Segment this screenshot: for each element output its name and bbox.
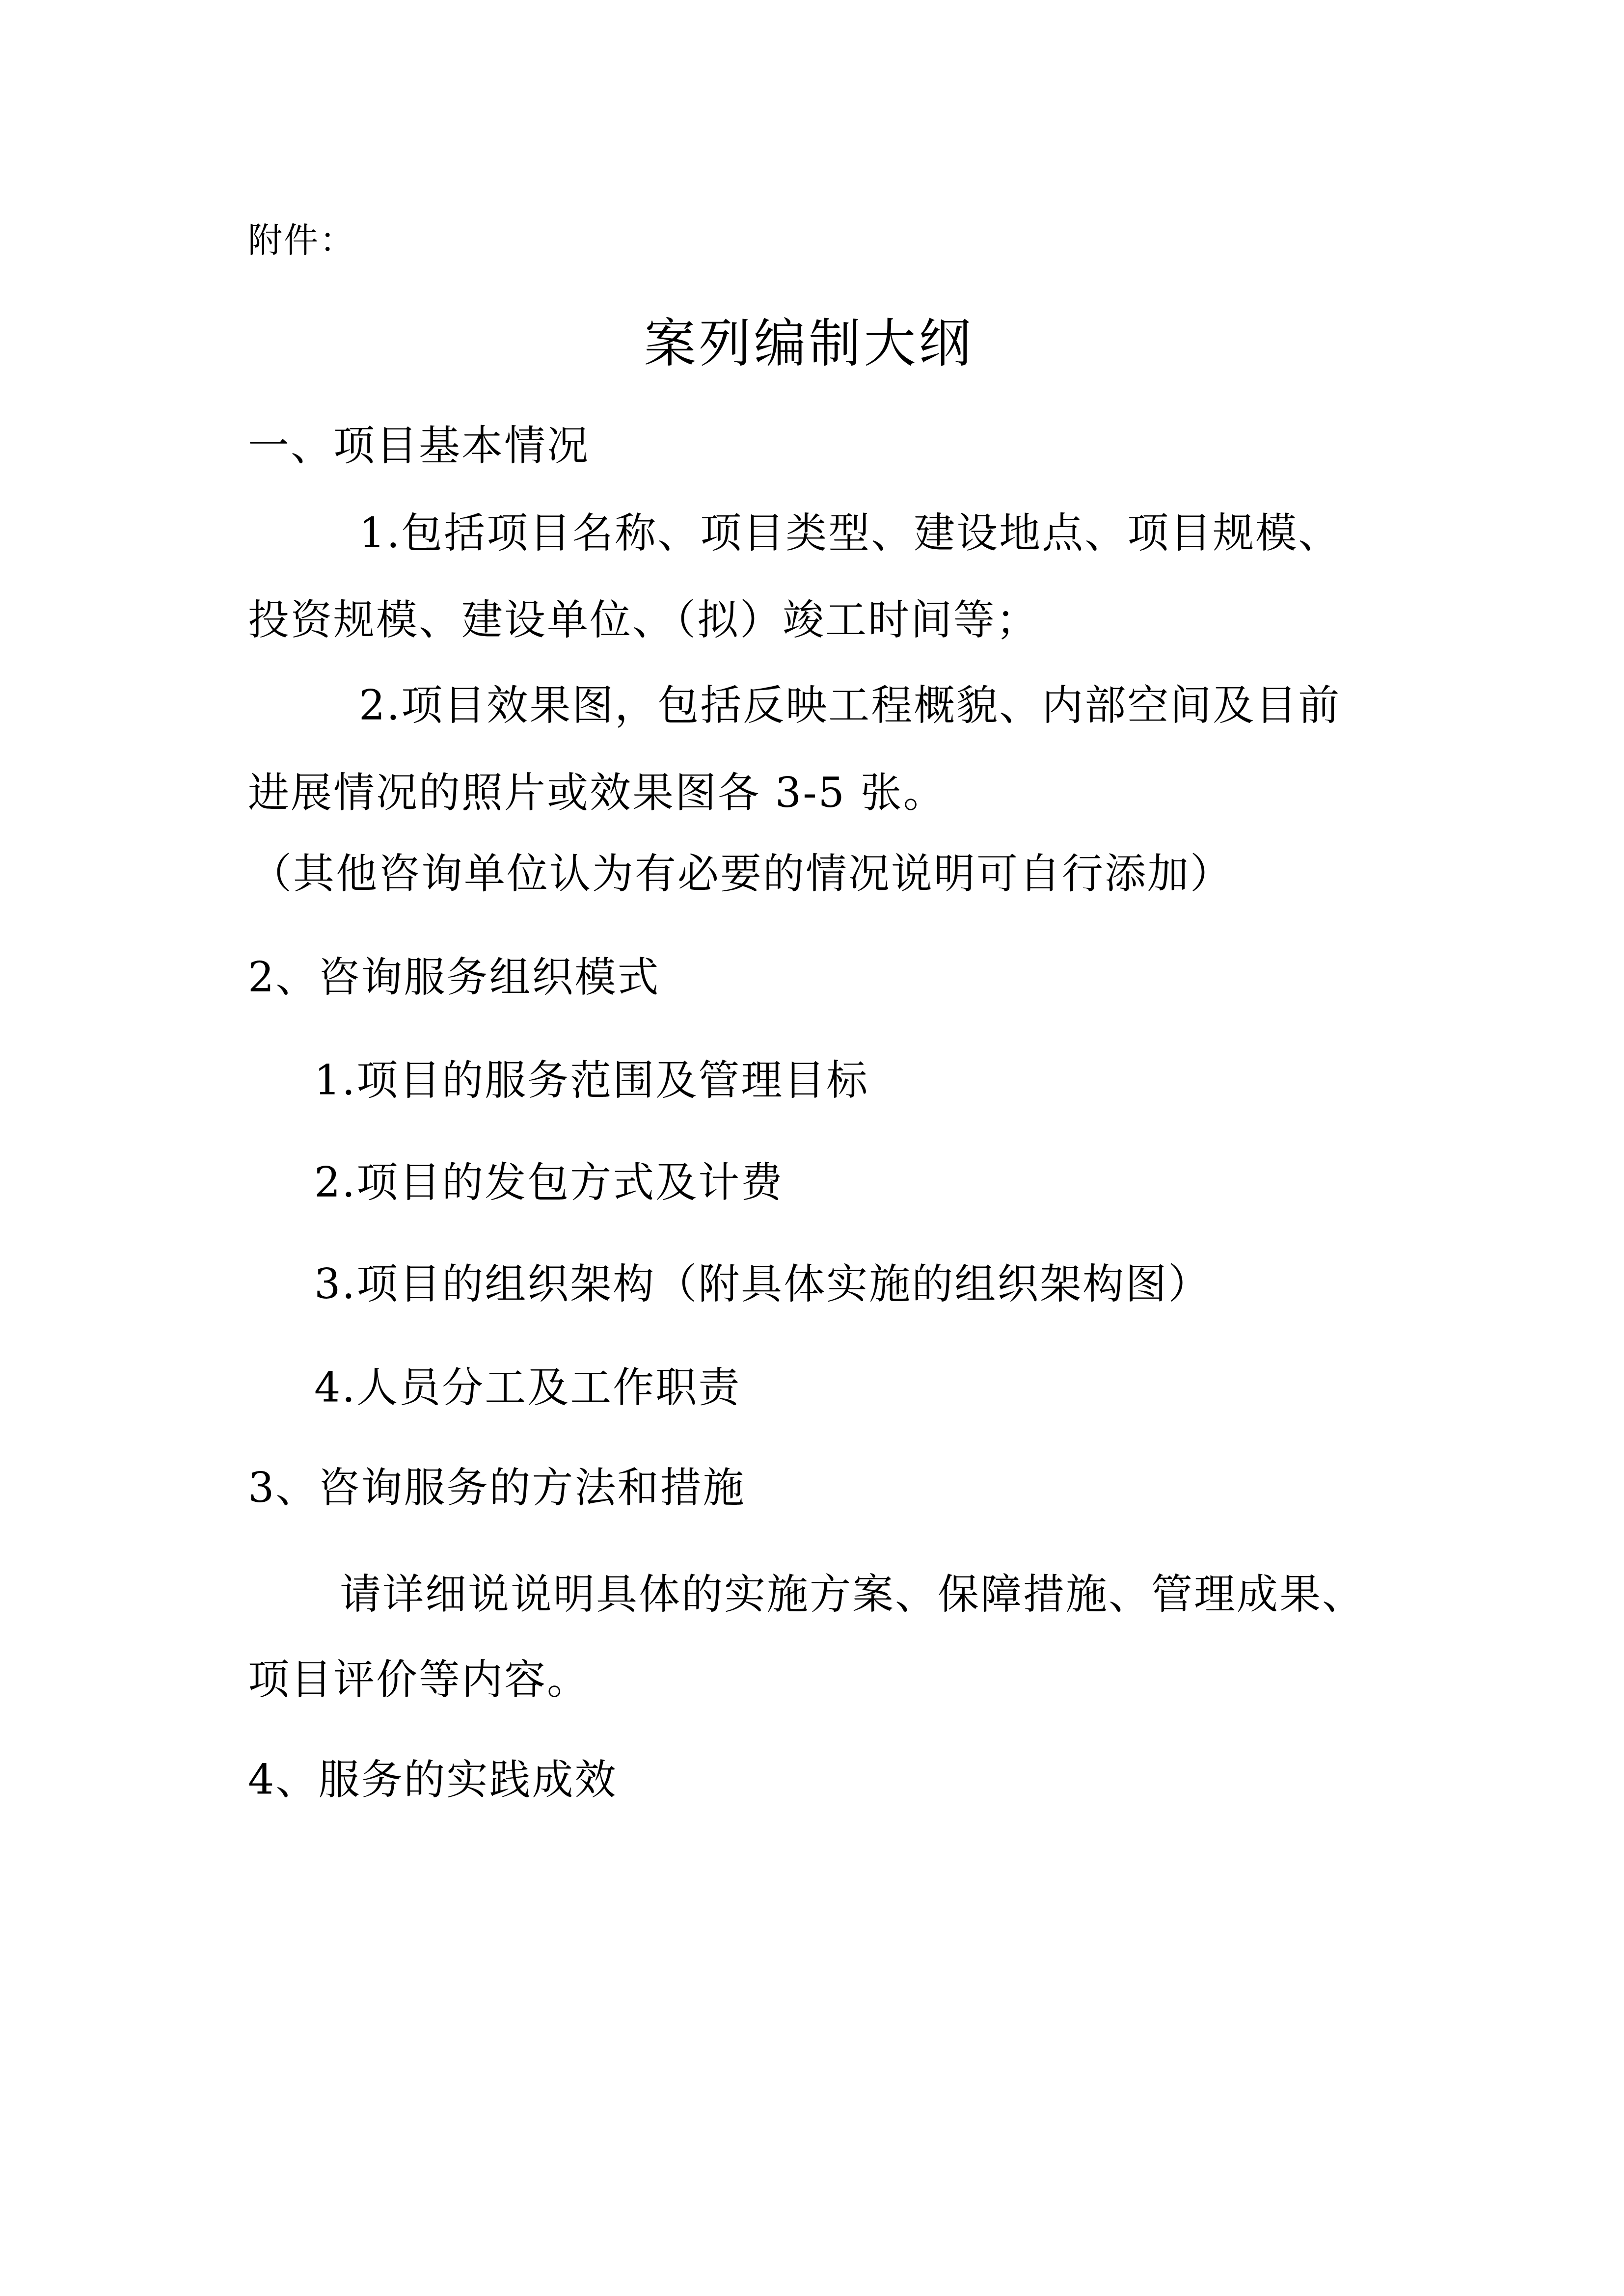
section-2-item-3: 3.项目的组织架构（附具体实施的组织架构图）: [314, 1259, 1211, 1308]
section-1-note: （其他咨询单位认为有必要的情况说明可自行添加）: [250, 849, 1233, 898]
section-2-item-1: 1.项目的服务范围及管理目标: [314, 1056, 869, 1105]
section-2-heading: 2、咨询服务组织模式: [248, 953, 660, 1002]
section-3-heading: 3、咨询服务的方法和措施: [248, 1463, 745, 1512]
section-2-item-2: 2.项目的发包方式及计费: [314, 1158, 784, 1207]
section-1-paragraph-2-line-2: 进展情况的照片或效果图各 3-5 张。: [248, 768, 946, 817]
section-3-paragraph-line-1: 请详细说说明具体的实施方案、保障措施、管理成果、: [340, 1570, 1365, 1619]
attachment-label: 附件：: [248, 218, 355, 263]
section-1-paragraph-1-line-2: 投资规模、建设单位、（拟）竣工时间等；: [248, 595, 1039, 644]
section-1-heading: 一、项目基本情况: [248, 421, 590, 470]
section-4-heading: 4、服务的实践成效: [248, 1755, 617, 1804]
section-3-paragraph-line-2: 项目评价等内容。: [248, 1655, 590, 1704]
section-1-paragraph-1-line-1: 1.包括项目名称、项目类型、建设地点、项目规模、: [359, 508, 1341, 558]
document-page: 附件： 案列编制大纲 一、项目基本情况 1.包括项目名称、项目类型、建设地点、项…: [0, 0, 1624, 2296]
section-1-paragraph-2-line-1: 2.项目效果图，包括反映工程概貌、内部空间及目前: [359, 681, 1341, 730]
section-2-item-4: 4.人员分工及工作职责: [314, 1363, 741, 1412]
document-title: 案列编制大纲: [248, 312, 1370, 375]
